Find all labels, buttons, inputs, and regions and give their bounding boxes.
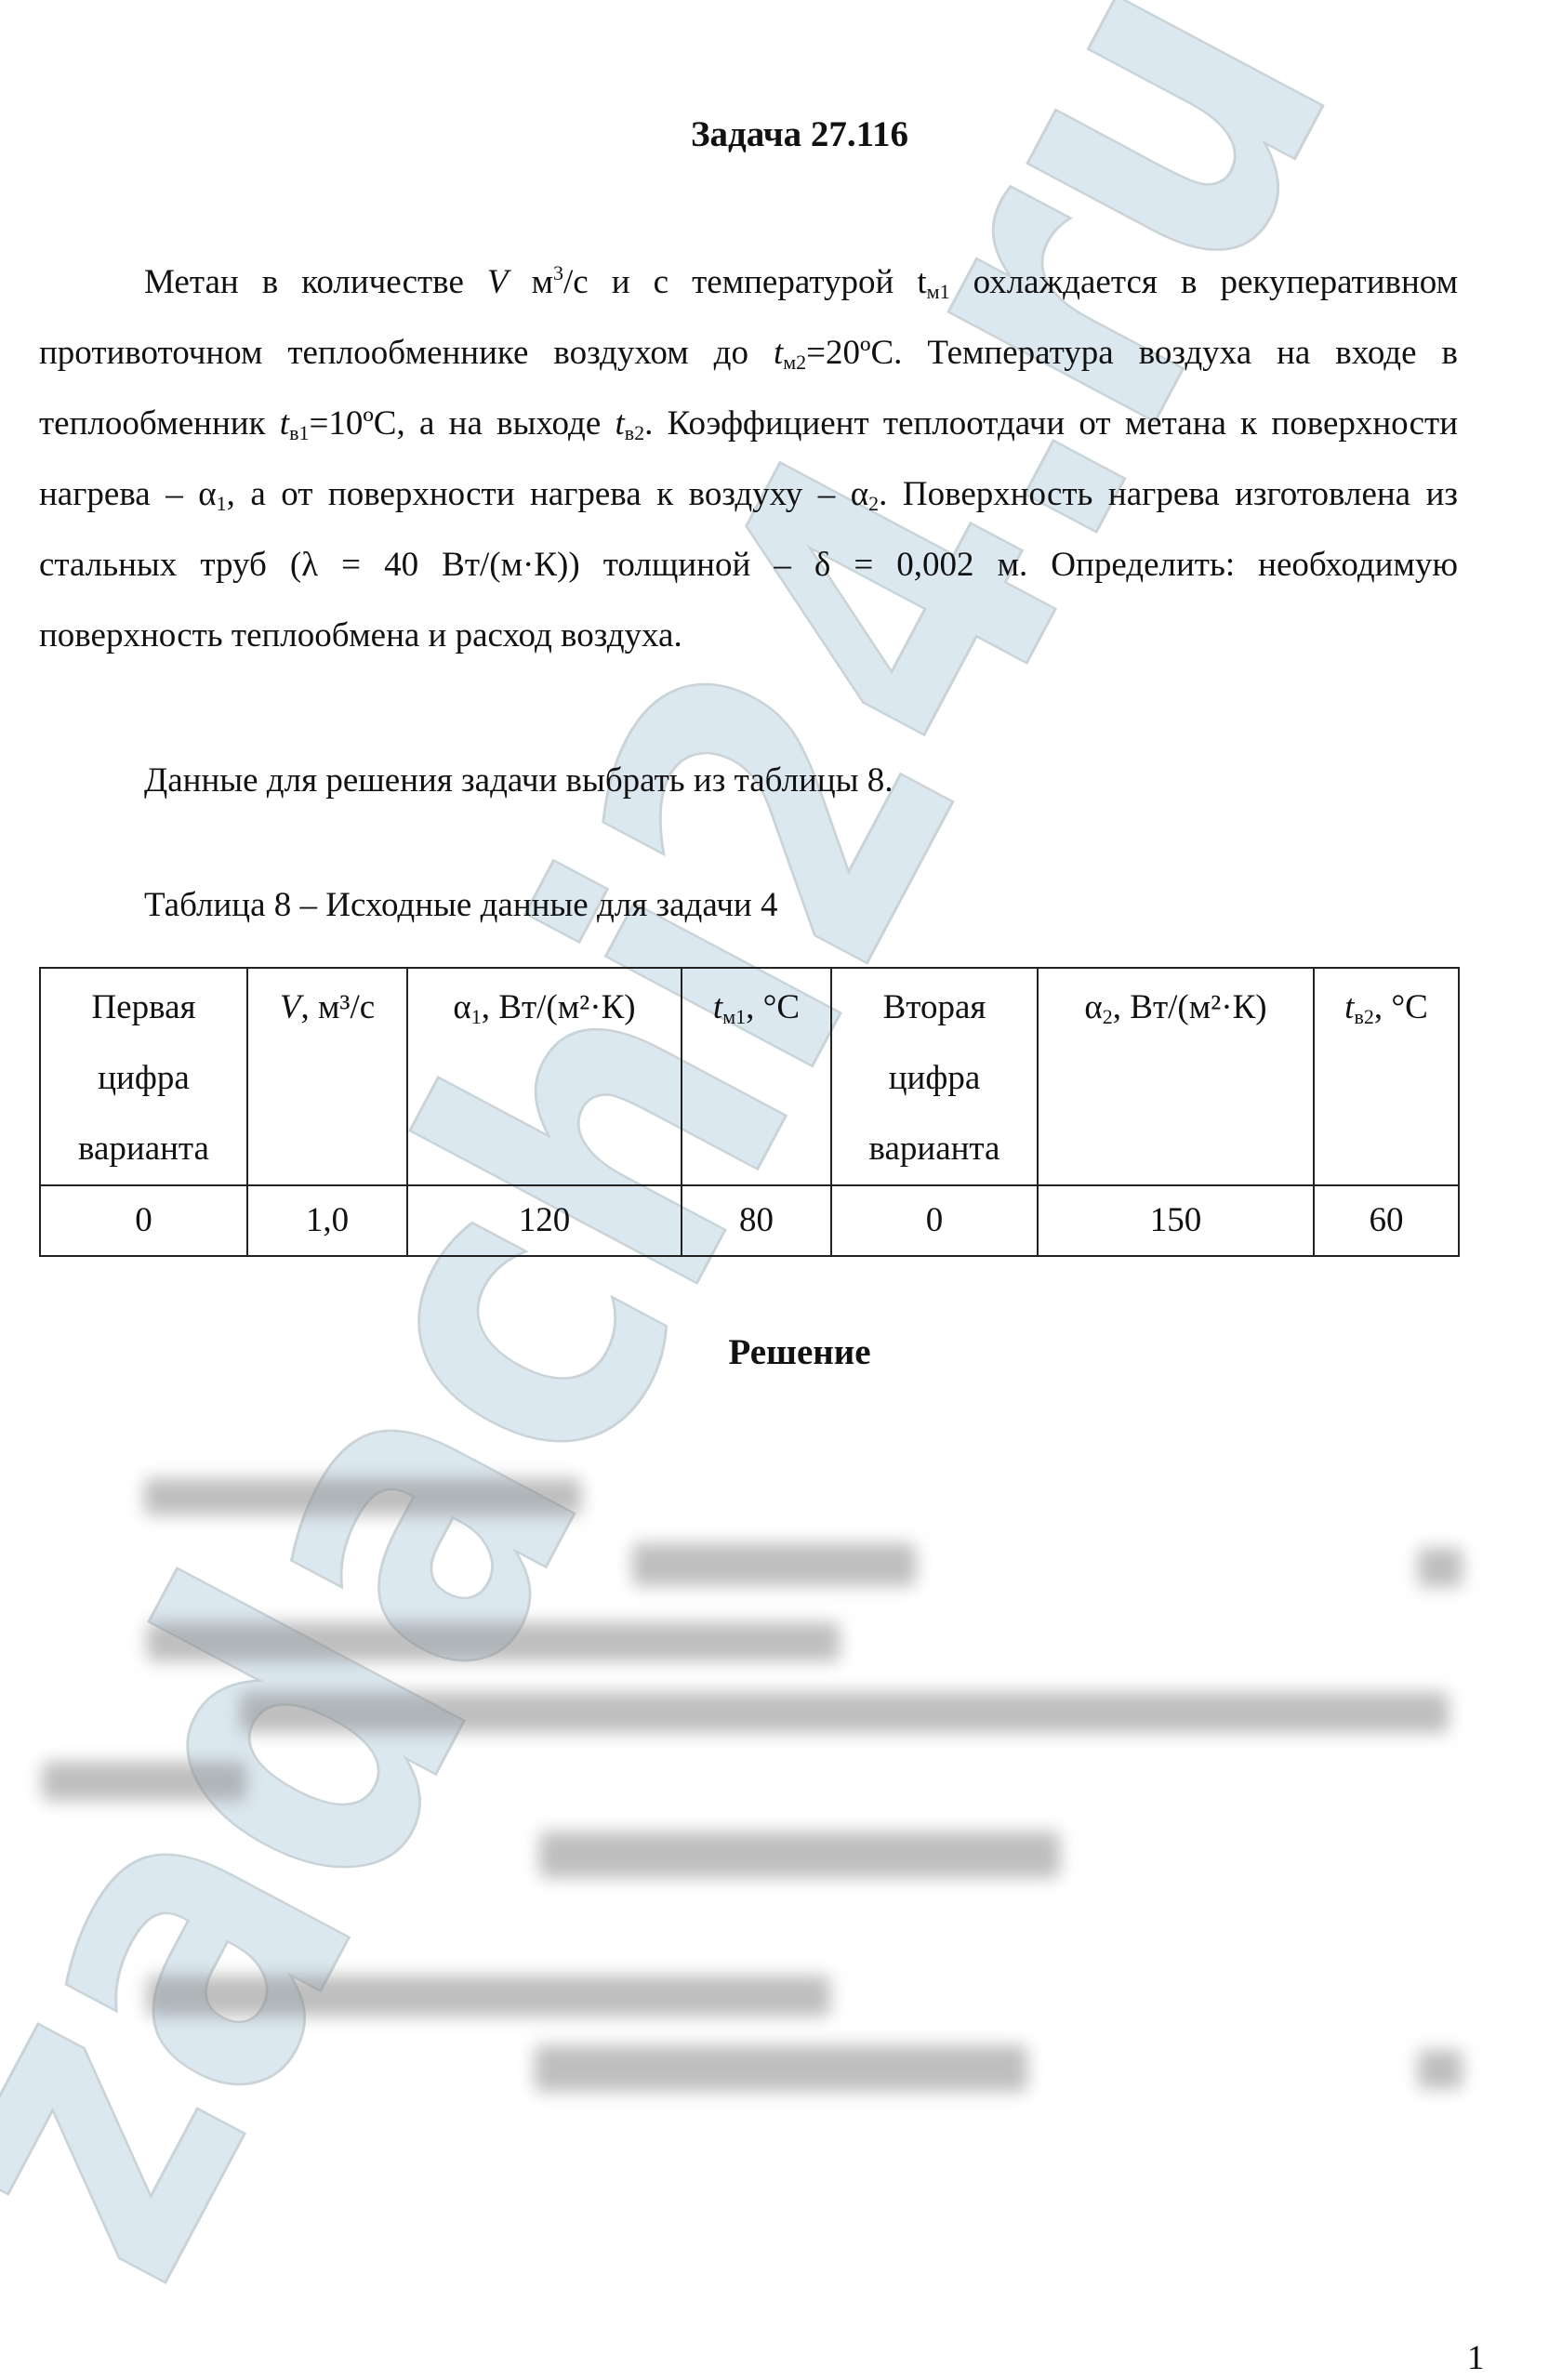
header-first-digit: Первая цифра варианта — [40, 968, 247, 1185]
cell-first-digit: 0 — [40, 1185, 247, 1256]
header-volume: V, м³/с — [247, 968, 407, 1185]
header-second-digit: Вторая цифра варианта — [831, 968, 1038, 1185]
table-caption: Таблица 8 – Исходные данные для задачи 4 — [144, 885, 777, 925]
page-number: 1 — [1467, 2338, 1485, 2378]
header-tv2: tв2, °С — [1314, 968, 1459, 1185]
cell-alpha1: 120 — [407, 1185, 682, 1256]
header-alpha1: α1, Вт/(м²·К) — [407, 968, 682, 1185]
problem-title: Задача 27.116 — [0, 113, 1562, 155]
cell-alpha2: 150 — [1038, 1185, 1314, 1256]
header-alpha2: α2, Вт/(м²·К) — [1038, 968, 1314, 1185]
input-data-table: Первая цифра варианта V, м³/с α1, Вт/(м²… — [39, 967, 1460, 1257]
cell-second-digit: 0 — [831, 1185, 1038, 1256]
cell-tv2: 60 — [1314, 1185, 1459, 1256]
document-page: zadachi24.ru Задача 27.116 Метан в колич… — [0, 0, 1562, 2380]
header-tm1: tм1, °С — [682, 968, 831, 1185]
data-instruction: Данные для решения задачи выбрать из таб… — [39, 746, 1458, 816]
problem-statement: Метан в количестве V м3/с и с температур… — [39, 247, 1458, 671]
cell-tm1: 80 — [682, 1185, 831, 1256]
table-row: 0 1,0 120 80 0 150 60 — [40, 1185, 1459, 1256]
table-header-row: Первая цифра варианта V, м³/с α1, Вт/(м²… — [40, 968, 1459, 1185]
solution-title: Решение — [0, 1331, 1562, 1373]
cell-volume: 1,0 — [247, 1185, 407, 1256]
